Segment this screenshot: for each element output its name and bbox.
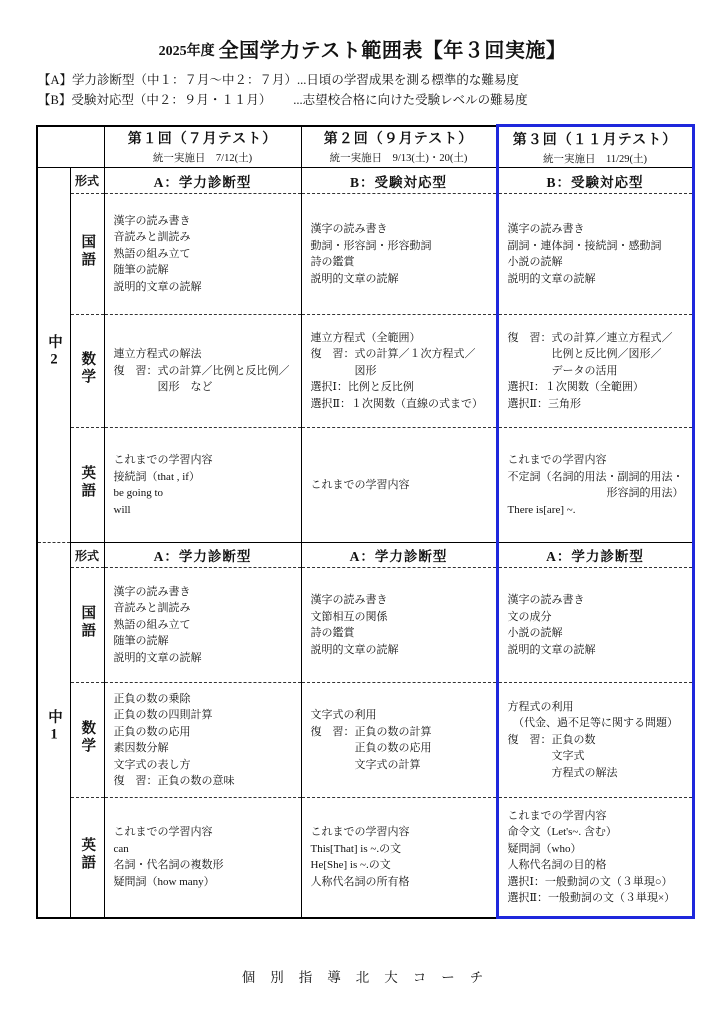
grade1-format-round3: A：学力診断型: [497, 543, 693, 568]
grade1-japanese-round1: 漢字の読み書き 音読みと訓読み 熟語の組み立て 随筆の読解 説明的文章の読解: [104, 568, 301, 683]
grade1-math-round2: 文字式の利用 復 習：正負の数の計算 正負の数の応用 文字式の計算: [301, 683, 497, 798]
test-scope-table: 第１回（７月テスト） 統一実施日 7/12(土) 第２回（９月テスト） 統一実施…: [36, 124, 695, 919]
title-main: 全国学力テスト範囲表【年３回実施】: [219, 40, 567, 62]
grade1-math-round1: 正負の数の乗除 正負の数の四則計算 正負の数の応用 素因数分解 文字式の表し方 …: [104, 683, 301, 798]
grade1-math-round3: 方程式の利用 （代金、過不足等に関する問題） 復 習：正負の数 文字式 方程式の…: [497, 683, 693, 798]
grade1-japanese-label-cell: 国語: [70, 568, 104, 683]
grade2-japanese-row: 国語 漢字の読み書き 音読みと訓読み 熟語の組み立て 随筆の読解 説明的文章の読…: [37, 194, 693, 315]
round-3-date: 統一実施日 11/29(土): [499, 151, 692, 166]
round-3-title: 第３回（１１月テスト）: [499, 129, 692, 149]
grade2-label-cell: 中2: [37, 168, 70, 543]
grade2-japanese-round3: 漢字の読み書き 副詞・連体詞・接続詞・感動詞 小説の読解 説明的文章の読解: [497, 194, 693, 315]
grade1-format-round2: A：学力診断型: [301, 543, 497, 568]
document-page: 2025年度 全国学力テスト範囲表【年３回実施】 【A】学力診断型（中１：７月～…: [0, 0, 725, 919]
grade1-english-label: 英語: [80, 837, 95, 872]
format-label-2: 形式: [70, 543, 104, 568]
subtitle-block: 【A】学力診断型（中１：７月～中２：７月）...日頃の学習成果を測る標準的な難易…: [38, 70, 725, 110]
round-1-header: 第１回（７月テスト） 統一実施日 7/12(土): [104, 126, 301, 168]
round-3-header-highlighted: 第３回（１１月テスト） 統一実施日 11/29(土): [497, 126, 693, 168]
grade1-english-round1: これまでの学習内容 can 名詞・代名詞の複数形 疑問詞（how many）: [104, 798, 301, 918]
subtitle-type-b: 【B】受験対応型（中２：９月・１１月） ...志望校合格に向けた受験レベルの難易…: [38, 90, 725, 110]
grade2-math-round1: 連立方程式の解法 復 習：式の計算／比例と反比例／ 図形 など: [104, 315, 301, 428]
grade2-math-row: 数学 連立方程式の解法 復 習：式の計算／比例と反比例／ 図形 など 連立方程式…: [37, 315, 693, 428]
grade2-english-round2: これまでの学習内容: [301, 428, 497, 543]
grade2-format-round2: B：受験対応型: [301, 168, 497, 194]
round-2-header: 第２回（９月テスト） 統一実施日 9/13(土)・20(土): [301, 126, 497, 168]
grade2-format-row: 中2 形式 A：学力診断型 B：受験対応型 B：受験対応型: [37, 168, 693, 194]
round-1-title: 第１回（７月テスト）: [105, 128, 301, 148]
grade2-math-round2: 連立方程式（全範囲） 復 習：式の計算／１次方程式／ 図形 選択Ⅰ：比例と反比例…: [301, 315, 497, 428]
grade2-japanese-round1: 漢字の読み書き 音読みと訓読み 熟語の組み立て 随筆の読解 説明的文章の読解: [104, 194, 301, 315]
grade2-format-round3: B：受験対応型: [497, 168, 693, 194]
grade1-english-row: 英語 これまでの学習内容 can 名詞・代名詞の複数形 疑問詞（how many…: [37, 798, 693, 918]
subtitle-type-a: 【A】学力診断型（中１：７月～中２：７月）...日頃の学習成果を測る標準的な難易…: [38, 70, 725, 90]
grade2-math-label-cell: 数学: [70, 315, 104, 428]
grade2-english-row: 英語 これまでの学習内容 接続詞（that , if） be going to …: [37, 428, 693, 543]
grade1-english-round3: これまでの学習内容 命令文（Let's~. 含む） 疑問詞（who） 人称代名詞…: [497, 798, 693, 918]
grade1-format-round1: A：学力診断型: [104, 543, 301, 568]
format-label: 形式: [70, 168, 104, 194]
grade2-english-label: 英語: [80, 465, 95, 500]
corner-cell: [37, 126, 104, 168]
grade2-english-round3: これまでの学習内容 不定詞（名詞的用法・副詞的用法・ 形容詞的用法） There…: [497, 428, 693, 543]
title-year: 2025年度: [159, 44, 215, 59]
grade1-japanese-label: 国語: [80, 605, 95, 640]
grade1-english-round2: これまでの学習内容 This[That] is ~.の文 He[She] is …: [301, 798, 497, 918]
grade2-math-round3: 復 習：式の計算／連立方程式／ 比例と反比例／図形／ データの活用 選択Ⅰ：１次…: [497, 315, 693, 428]
round-2-date: 統一実施日 9/13(土)・20(土): [302, 150, 496, 165]
grade1-format-row: 中1 形式 A：学力診断型 A：学力診断型 A：学力診断型: [37, 543, 693, 568]
grade1-math-label-cell: 数学: [70, 683, 104, 798]
grade1-japanese-row: 国語 漢字の読み書き 音読みと訓読み 熟語の組み立て 随筆の読解 説明的文章の読…: [37, 568, 693, 683]
grade2-japanese-label: 国語: [80, 234, 95, 269]
grade2-label: 中2: [47, 334, 62, 371]
grade2-english-round1: これまでの学習内容 接続詞（that , if） be going to wil…: [104, 428, 301, 543]
brand-footer: 個別指導北大コーチ: [0, 966, 725, 986]
grade2-japanese-label-cell: 国語: [70, 194, 104, 315]
grade2-math-label: 数学: [80, 351, 95, 386]
grade2-japanese-round2: 漢字の読み書き 動詞・形容詞・形容動詞 詩の鑑賞 説明的文章の読解: [301, 194, 497, 315]
grade1-math-label: 数学: [80, 720, 95, 755]
grade1-japanese-round2: 漢字の読み書き 文節相互の関係 詩の鑑賞 説明的文章の読解: [301, 568, 497, 683]
grade1-label: 中1: [47, 709, 62, 746]
table-header-row: 第１回（７月テスト） 統一実施日 7/12(土) 第２回（９月テスト） 統一実施…: [37, 126, 693, 168]
round-2-title: 第２回（９月テスト）: [302, 128, 496, 148]
grade1-english-label-cell: 英語: [70, 798, 104, 918]
grade2-english-label-cell: 英語: [70, 428, 104, 543]
grade2-format-round1: A：学力診断型: [104, 168, 301, 194]
grade1-japanese-round3: 漢字の読み書き 文の成分 小説の読解 説明的文章の読解: [497, 568, 693, 683]
round-1-date: 統一実施日 7/12(土): [105, 150, 301, 165]
grade1-math-row: 数学 正負の数の乗除 正負の数の四則計算 正負の数の応用 素因数分解 文字式の表…: [37, 683, 693, 798]
grade1-label-cell: 中1: [37, 543, 70, 918]
page-title: 2025年度 全国学力テスト範囲表【年３回実施】: [0, 34, 725, 63]
